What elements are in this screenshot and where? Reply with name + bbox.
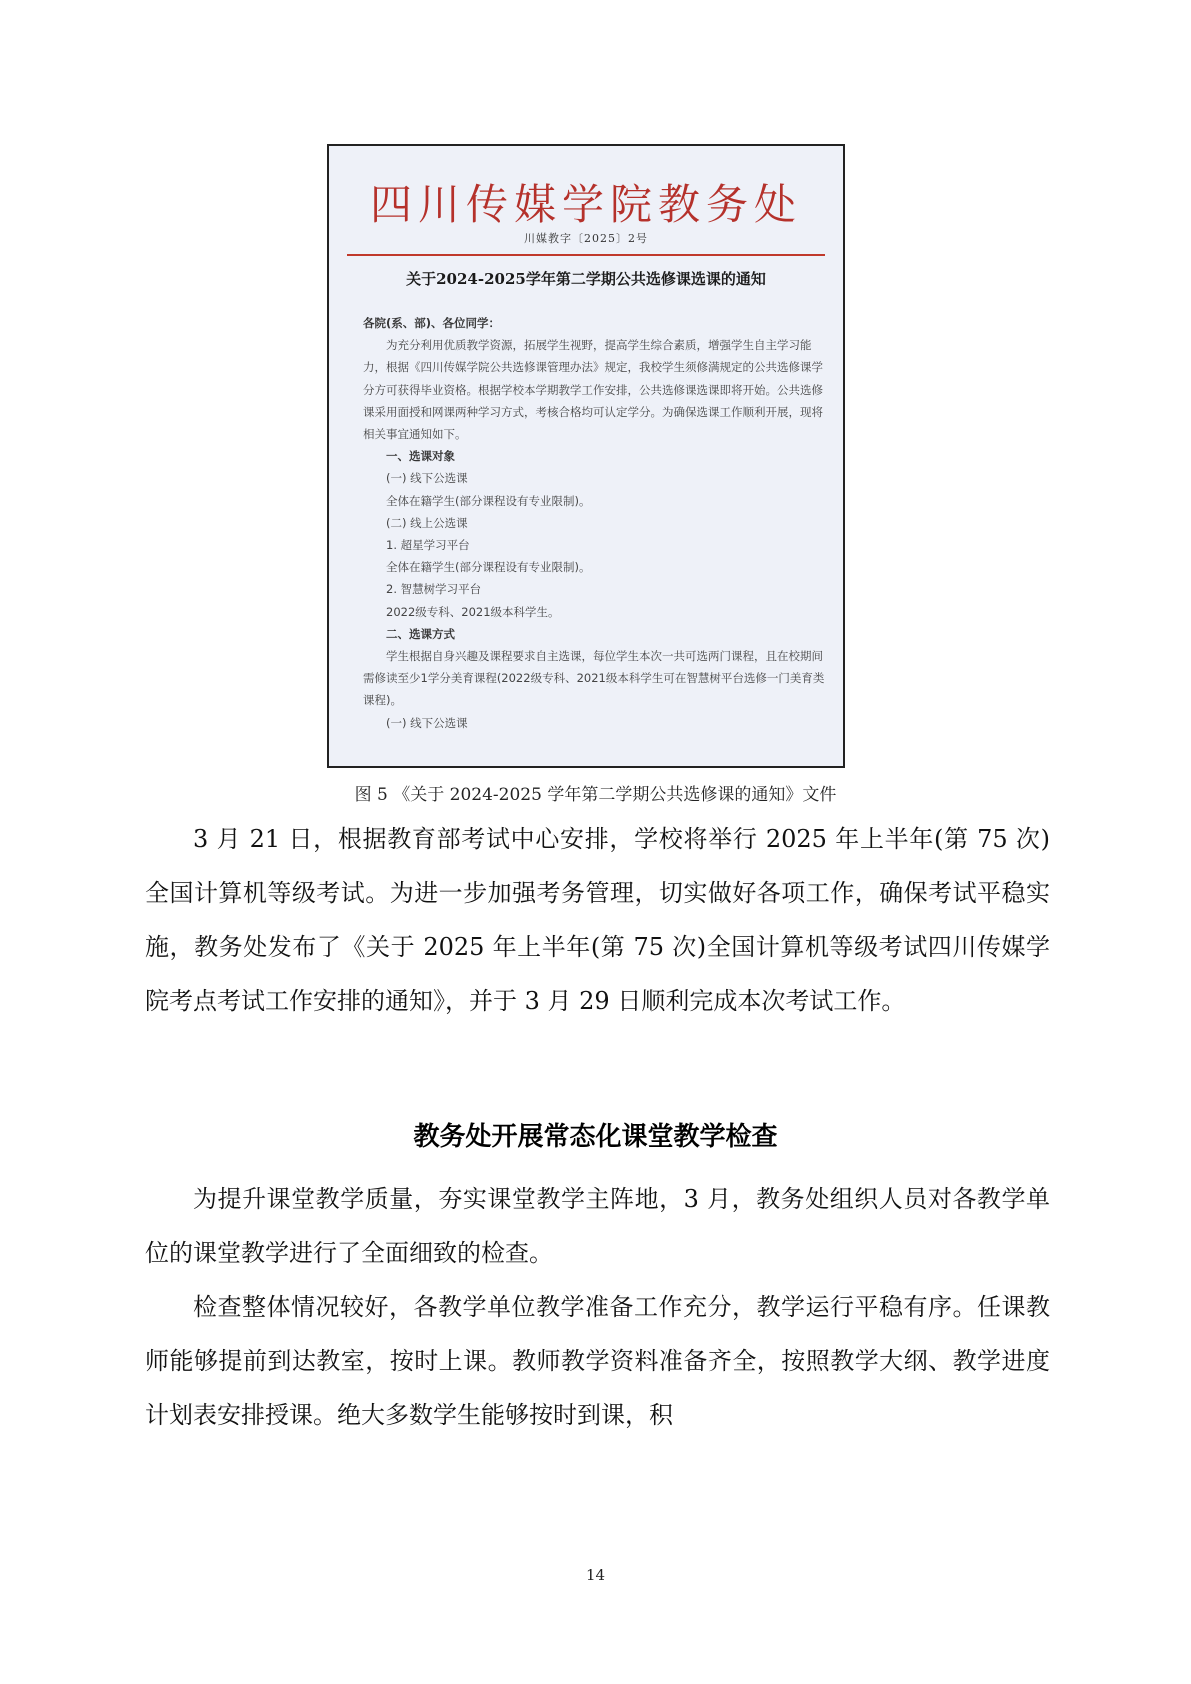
figure-caption: 图 5 《关于 2024-2025 学年第二学期公共选修课的通知》文件 [0, 780, 1191, 805]
notice-line: 全体在籍学生(部分课程设有专业限制)。 [363, 556, 827, 578]
section-heading: 教务处开展常态化课堂教学检查 [0, 1116, 1191, 1153]
notice-line: (二) 线上公选课 [363, 512, 827, 534]
body-paragraph-inspection-intro: 为提升课堂教学质量，夯实课堂教学主阵地，3 月，教务处组织人员对各教学单位的课堂… [145, 1172, 1050, 1280]
notice-paragraph: 学生根据自身兴趣及课程要求自主选课，每位学生本次一共可选两门课程，且在校期间需修… [363, 645, 827, 712]
page-number: 14 [0, 1566, 1191, 1584]
notice-salutation: 各院(系、部)、各位同学： [363, 312, 827, 334]
org-letterhead: 四川传媒学院教务处 [329, 172, 843, 232]
notice-section-heading: 二、选课方式 [363, 623, 827, 645]
body-paragraph-inspection-result: 检查整体情况较好，各教学单位教学准备工作充分，教学运行平稳有序。任课教师能够提前… [145, 1280, 1050, 1442]
notice-section-heading: 一、选课对象 [363, 445, 827, 467]
body-paragraph-exam: 3 月 21 日，根据教育部考试中心安排，学校将举行 2025 年上半年(第 7… [145, 812, 1050, 1028]
notice-title: 关于2024-2025学年第二学期公共选修课选课的通知 [329, 268, 843, 289]
notice-line: 全体在籍学生(部分课程设有专业限制)。 [363, 490, 827, 512]
notice-paragraph: 为充分利用优质教学资源，拓展学生视野，提高学生综合素质，增强学生自主学习能力，根… [363, 334, 827, 445]
notice-document-image: 四川传媒学院教务处 川媒教字〔2025〕2号 关于2024-2025学年第二学期… [327, 144, 845, 768]
notice-line: (一) 线下公选课 [363, 467, 827, 489]
notice-line: 2022级专科、2021级本科学生。 [363, 601, 827, 623]
notice-line: 1. 超星学习平台 [363, 534, 827, 556]
document-number: 川媒教字〔2025〕2号 [329, 230, 843, 246]
notice-line: 2. 智慧树学习平台 [363, 578, 827, 600]
red-divider [347, 254, 825, 256]
notice-line: (一) 线下公选课 [363, 712, 827, 734]
notice-body: 各院(系、部)、各位同学： 为充分利用优质教学资源，拓展学生视野，提高学生综合素… [363, 312, 827, 734]
